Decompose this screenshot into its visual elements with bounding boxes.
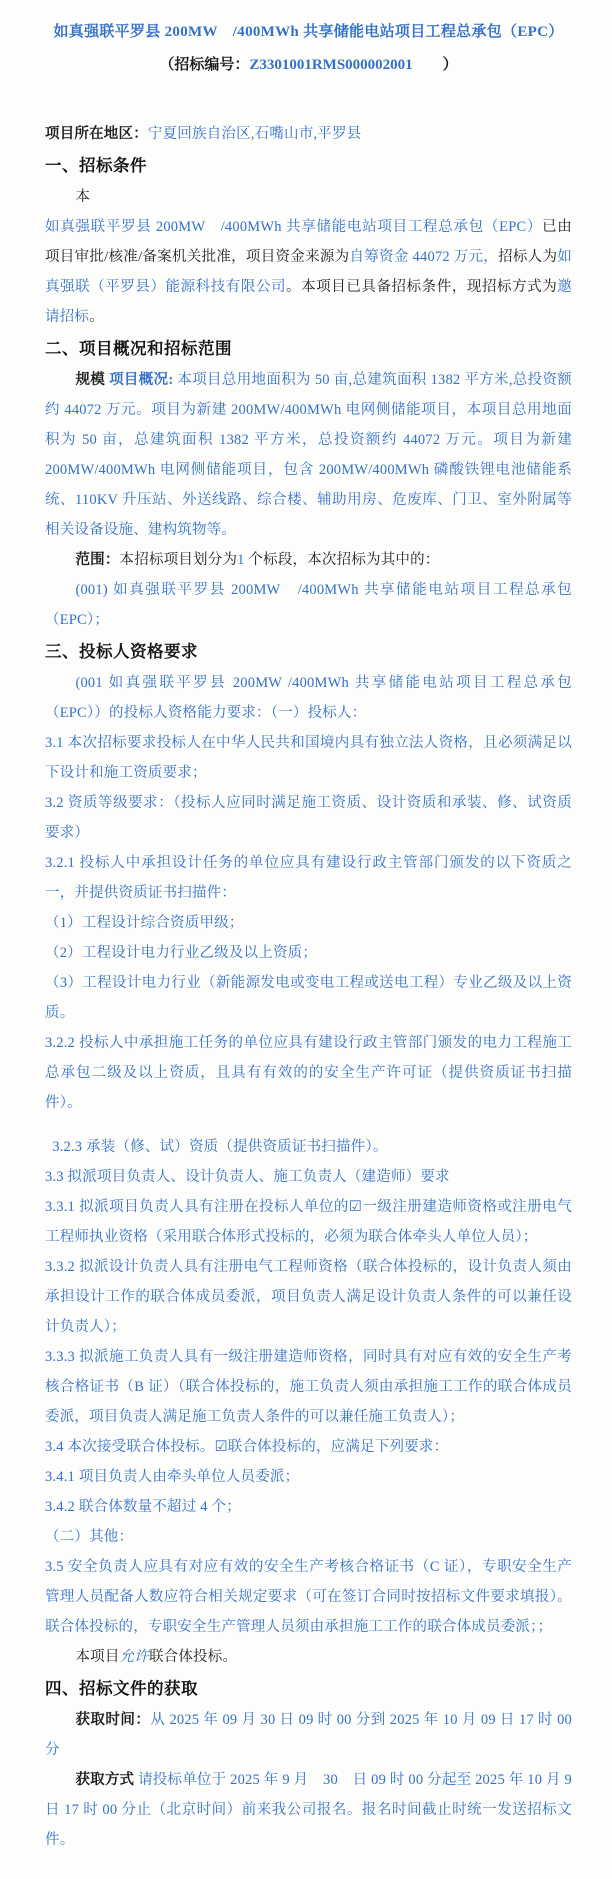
text-run: 获取时间： [75,1712,150,1728]
checked-checkbox-icon: ☑ [215,1439,228,1455]
para-design-qual-2: （2）工程设计电力行业乙级及以上资质； [45,938,572,968]
text-run: 3.2.3 承装（修、试）资质（提供资质证书扫描件）。 [52,1139,387,1155]
text-run: 3.3.3 拟派施工负责人具有一级注册建造师资格，同时具有对应有效的安全生产考核… [45,1349,572,1425]
text-run: 3.3.2 拟派设计负责人具有注册电气工程师资格（联合体投标的，设计负责人须由承… [45,1259,572,1335]
text-run: 一、招标条件 [45,156,147,175]
meta-project-location: 项目所在地区：宁夏回族自治区,石嘴山市,平罗县 [45,119,572,149]
text-run: 3.4.1 项目负责人由牵头单位人员委派； [45,1469,299,1485]
text-run: 本招标项目划分为 [120,552,238,568]
para-project-scale: 规模 项目概况: 本项目总用地面积为 50 亩,总建筑面积 1382 平方米,总… [45,365,572,545]
text-run: 1 [237,552,244,568]
para-obtain-method: 获取方式 请投标单位于 2025 年 9 月 30 日 09 时 00 分起至 … [45,1765,572,1855]
text-run: 宁夏回族自治区,石嘴山市,平罗县 [148,126,361,142]
text-run: 本项目总用地面积为 50 亩,总建筑面积 1382 平方米,总投资额约 4407… [45,372,572,538]
para-3-2-2: 3.2.2 投标人中承担施工任务的单位应具有建设行政主管部门颁发的电力工程施工总… [45,1028,572,1118]
text-run: 三、投标人资格要求 [45,642,198,661]
para-scope: 范围：本招标项目划分为1 个标段，本次招标为其中的： [45,545,572,575]
para-obtain-time: 获取时间：从 2025 年 09 月 30 日 09 时 00 分到 2025 … [45,1705,572,1765]
para-3-5: 3.5 安全负责人应具有对应有效的安全生产考核合格证书（C 证），专职安全生产管… [45,1552,572,1642]
text-run: 本项目 [75,1649,119,1665]
text-run: 3.3 拟派项目负责人、设计负责人、施工负责人（建造师）要求 [45,1169,450,1185]
para-3-3-1: 3.3.1 拟派项目负责人具有注册在投标人单位的☑一级注册建造师资格或注册电气工… [45,1192,572,1252]
text-run: 自筹资金 44072 万元， [349,249,498,265]
text-run: 获取方式 [75,1772,138,1788]
text-run: Z3301001RMS000002001 [249,57,412,73]
text-run: 招标人为 [498,249,557,265]
para-lot-001: (001) 如真强联平罗县 200MW /400MWh 共享储能电站项目工程总承… [45,575,572,635]
para-qualification-intro: (001 如真强联平罗县 200MW /400MWh 共享储能电站项目工程总承包… [45,668,572,728]
para-design-qual-3: （3）工程设计电力行业（新能源发电或变电工程或送电工程）专业乙级及以上资质。 [45,968,572,1028]
text-run: 。 [89,309,104,325]
text-run: （1）工程设计综合资质甲级； [45,915,244,931]
text-run: 3.4 本次接受联合体投标。 [45,1439,215,1455]
para-tender-conditions: 本如真强联平罗县 200MW /400MWh 共享储能电站项目工程总承包（EPC… [45,182,572,332]
subtitle-tender-number: （招标编号：Z3301001RMS000002001 ） [45,53,572,77]
text-run: 个标段，本次招标为其中的： [245,552,440,568]
section-2-heading: 二、项目概况和招标范围 [45,332,572,365]
text-run: 四、招标文件的获取 [45,1679,198,1698]
checked-checkbox-icon: ☑ [349,1199,362,1215]
text-run: ） [413,57,458,73]
para-3-3: 3.3 拟派项目负责人、设计负责人、施工负责人（建造师）要求 [45,1162,572,1192]
document-body: （招标编号：Z3301001RMS000002001 ）项目所在地区：宁夏回族自… [45,53,572,1855]
text-run: (001 如真强联平罗县 200MW /400MWh 共享储能电站项目工程总承包… [45,675,572,721]
text-run: （2）工程设计电力行业乙级及以上资质； [45,945,317,961]
section-1-heading: 一、招标条件 [45,149,572,182]
text-run: 项目所在地区： [45,126,148,142]
para-3-3-2: 3.3.2 拟派设计负责人具有注册电气工程师资格（联合体投标的，设计负责人须由承… [45,1252,572,1342]
text-run: 3.2 资质等级要求：（投标人应同时满足施工资质、设计资质和承装、修、试资质要求… [45,795,572,841]
para-3-1: 3.1 本次招标要求投标人在中华人民共和国境内具有独立法人资格，且必须满足以下设… [45,728,572,788]
text-run: （招标编号： [159,57,249,73]
text-run: 3.4.2 联合体数量不超过 4 个； [45,1499,241,1515]
text-run: 如真强联平罗县 200MW /400MWh 共享储能电站项目工程总承包（EPC） [45,219,542,235]
para-3-4-1: 3.4.1 项目负责人由牵头单位人员委派； [45,1462,572,1492]
text-run: 范围： [75,552,119,568]
para-consortium-allowed: 本项目允许联合体投标。 [45,1642,572,1672]
para-other-heading: （二）其他： [45,1522,572,1552]
para-3-2-3: 3.2.3 承装（修、试）资质（提供资质证书扫描件）。 [45,1132,572,1162]
para-3-3-3: 3.3.3 拟派施工负责人具有一级注册建造师资格，同时具有对应有效的安全生产考核… [45,1342,572,1432]
para-3-4: 3.4 本次接受联合体投标。☑联合体投标的，应满足下列要求： [45,1432,572,1462]
text-run: (001) 如真强联平罗县 200MW /400MWh 共享储能电站项目工程总承… [45,582,572,628]
blank-line [45,1118,572,1132]
text-run: 3.1 本次招标要求投标人在中华人民共和国境内具有独立法人资格，且必须满足以下设… [45,735,572,781]
document-title: 如真强联平罗县 200MW /400MWh 共享储能电站项目工程总承包（EPC） [45,20,572,45]
text-run: 3.2.1 投标人中承担设计任务的单位应具有建设行政主管部门颁发的以下资质之一，… [45,855,572,901]
text-run: 本 [75,189,90,205]
text-run: 3.5 安全负责人应具有对应有效的安全生产考核合格证书（C 证），专职安全生产管… [45,1559,572,1635]
para-3-2: 3.2 资质等级要求：（投标人应同时满足施工资质、设计资质和承装、修、试资质要求… [45,788,572,848]
text-run: 联合体投标。 [149,1649,237,1665]
text-run: 二、项目概况和招标范围 [45,339,232,358]
tender-notice-page: 如真强联平罗县 200MW /400MWh 共享储能电站项目工程总承包（EPC）… [0,0,612,1879]
text-run: 联合体投标的，应满足下列要求： [228,1439,449,1455]
text-run: 规模 [75,372,109,388]
text-run: 3.3.1 拟派项目负责人具有注册在投标人单位的 [45,1199,349,1215]
text-run: （二）其他： [45,1529,133,1545]
section-3-heading: 三、投标人资格要求 [45,635,572,668]
para-3-2-1: 3.2.1 投标人中承担设计任务的单位应具有建设行政主管部门颁发的以下资质之一，… [45,848,572,908]
para-3-4-2: 3.4.2 联合体数量不超过 4 个； [45,1492,572,1522]
section-4-heading: 四、招标文件的获取 [45,1672,572,1705]
text-run: 3.2.2 投标人中承担施工任务的单位应具有建设行政主管部门颁发的电力工程施工总… [45,1035,572,1111]
text-run: 。本项目已具备招标条件，现招标方式为 [286,279,557,295]
text-run: 允许 [120,1649,149,1665]
para-design-qual-1: （1）工程设计综合资质甲级； [45,908,572,938]
text-run: 项目概况: [109,372,177,388]
text-run: （3）工程设计电力行业（新能源发电或变电工程或送电工程）专业乙级及以上资质。 [45,975,572,1021]
